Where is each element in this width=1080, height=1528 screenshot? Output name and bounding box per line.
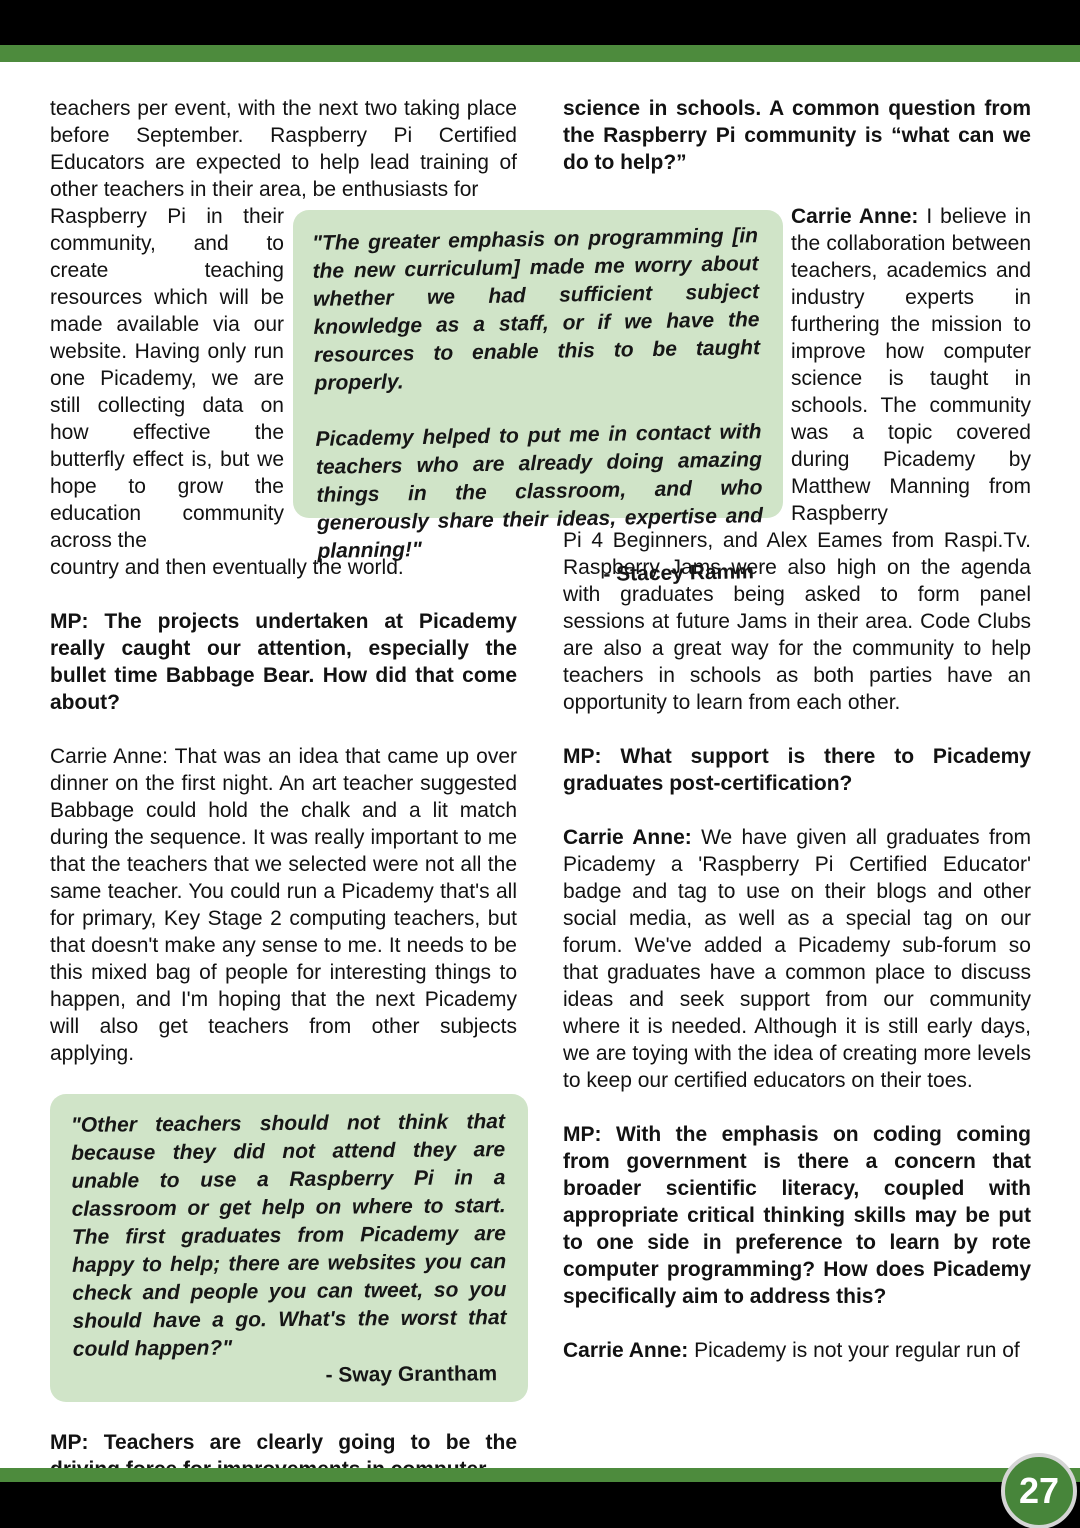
speaker-label: Carrie Anne: bbox=[563, 1339, 688, 1362]
pull-quote-text-2: Picademy helped to put me in contact wit… bbox=[315, 418, 763, 566]
speaker-label: Carrie Anne: bbox=[563, 826, 692, 849]
page-number: 27 bbox=[1019, 1470, 1059, 1512]
top-black-band bbox=[0, 0, 1080, 45]
interview-answer-collaboration-narrow: Carrie Anne: I believe in the collaborat… bbox=[791, 203, 1031, 527]
interview-answer-final: Carrie Anne: Picademy is not your regula… bbox=[563, 1337, 1031, 1364]
page-number-badge: 27 bbox=[1001, 1453, 1077, 1528]
bottom-black-band bbox=[0, 1482, 1080, 1528]
pull-quote-stacey-ramm: "The greater emphasis on programming [in… bbox=[293, 210, 783, 518]
answer-text: We have given all graduates from Picadem… bbox=[563, 826, 1031, 1092]
interview-question-support: MP: What support is there to Picademy gr… bbox=[563, 743, 1031, 797]
pull-quote-text: "Other teachers should not think that be… bbox=[71, 1108, 507, 1364]
pull-quote-text-1: "The greater emphasis on programming [in… bbox=[312, 222, 761, 398]
answer-text: I believe in the collaboration between t… bbox=[791, 205, 1031, 525]
pull-quote-content: "Other teachers should not think that be… bbox=[71, 1108, 507, 1392]
interview-question-coding-emphasis: MP: With the emphasis on coding coming f… bbox=[563, 1121, 1031, 1310]
bottom-green-band bbox=[0, 1468, 1080, 1482]
paragraph-intro-wide: teachers per event, with the next two ta… bbox=[50, 95, 517, 203]
interview-answer-babbage: Carrie Anne: That was an idea that came … bbox=[50, 743, 517, 1067]
paragraph-intro-narrow: Raspberry Pi in their community, and to … bbox=[50, 203, 284, 554]
speaker-label: Carrie Anne: bbox=[791, 205, 918, 228]
pull-quote-sway-grantham: "Other teachers should not think that be… bbox=[50, 1094, 528, 1402]
answer-text: Picademy is not your regular run of bbox=[688, 1339, 1020, 1362]
pull-quote-attribution: - Sway Grantham bbox=[73, 1360, 507, 1392]
interview-answer-support: Carrie Anne: We have given all graduates… bbox=[563, 824, 1031, 1094]
interview-question-continued: science in schools. A common question fr… bbox=[563, 95, 1031, 176]
interview-question-babbage: MP: The projects undertaken at Picademy … bbox=[50, 608, 517, 716]
pull-quote-content: "The greater emphasis on programming [in… bbox=[312, 222, 764, 594]
top-green-band bbox=[0, 45, 1080, 62]
